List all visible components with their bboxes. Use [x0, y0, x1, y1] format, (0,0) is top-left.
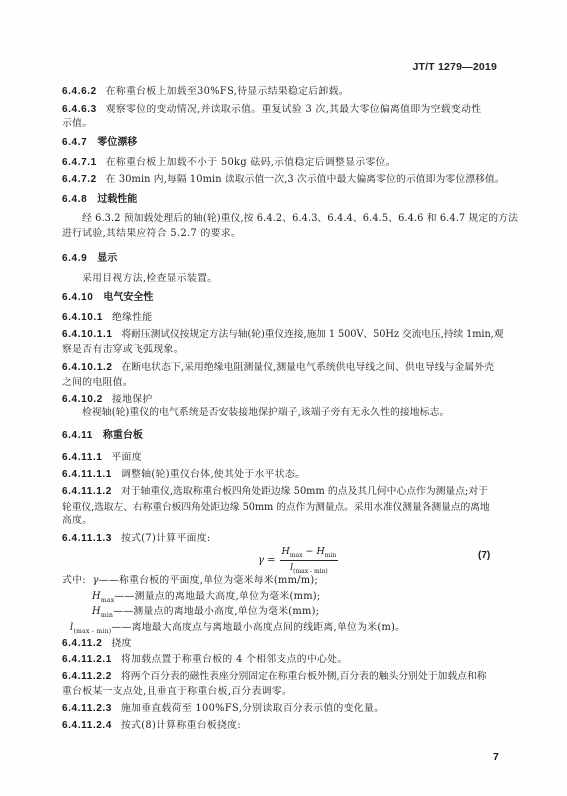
- section-title: 电气安全性: [103, 292, 153, 303]
- clause-6-4-11-2-1: 6.4.11.2.1将加载点置于称重台板的 4 个相邻支点的中心处。: [62, 653, 498, 667]
- section-6-4-9-heading: 6.4.9显示: [62, 252, 498, 266]
- clause-6-4-7-1: 6.4.7.1在称重台板上加载不小于 50kg 砝码,示值稳定后调整显示零位。: [62, 156, 498, 170]
- minus-sign: −: [303, 546, 317, 557]
- clause-number: 6.4.6.3: [62, 104, 97, 115]
- section-6-4-7-heading: 6.4.7零位漂移: [62, 136, 498, 150]
- clause-6-4-11-2-2: 6.4.11.2.2将两个百分表的磁性表座分别固定在称重台板外侧,百分表的触头分…: [62, 670, 498, 684]
- clause-number: 6.4.10.1.1: [62, 329, 112, 340]
- clause-number: 6.4.11.2.4: [62, 720, 112, 731]
- clause-6-4-7-2: 6.4.7.2在 30min 内,每隔 10min 读取示值一次,3 次示值中最…: [62, 173, 498, 187]
- clause-text: 示值。: [62, 118, 92, 129]
- paragraph-text: 经 6.3.2 预加载处理后的轴(轮)重仪,按 6.4.2、6.4.3、6.4.…: [82, 213, 518, 224]
- paragraph-6-4-8: 经 6.3.2 预加载处理后的轴(轮)重仪,按 6.4.2、6.4.3、6.4.…: [82, 212, 518, 226]
- clause-text-continuation: 察是否有击穿或飞弧现象。: [62, 343, 498, 357]
- symbol-description: 测量点的离地最小高度,单位为毫米(mm);: [133, 606, 319, 617]
- clause-6-4-10-2: 6.4.10.2接地保护: [62, 393, 498, 407]
- flatness-formula: γ = Hmax − Hmin l(max - min): [258, 546, 338, 575]
- formula-lhs: γ =: [258, 555, 276, 566]
- clause-text: 按式(8)计算称重台板挠度:: [121, 720, 241, 731]
- clause-6-4-11-2-3: 6.4.11.2.3施加垂直载荷至 100%FS,分别读取百分表示值的变化量。: [62, 702, 498, 716]
- subscript-min: min: [325, 552, 336, 559]
- standard-code-header: JT/T 1279—2019: [412, 61, 497, 73]
- symbol-description: 离地最大高度点与离地最小高度点间的线距离,单位为米(m)。: [132, 622, 406, 633]
- paragraph-continuation: 进行试验,其结果应符合 5.2.7 的要求。: [62, 227, 498, 241]
- where-item-gamma: 式中: γ——称重台板的平面度,单位为毫米每米(mm/m);: [62, 574, 318, 588]
- clause-text: 按式(7)计算平面度:: [121, 533, 211, 544]
- symbol-h: H: [317, 546, 325, 557]
- clause-text-continuation: 重台板某一支点处,且垂直于称重台板,百分表调零。: [62, 685, 498, 699]
- section-title: 称重台板: [103, 430, 143, 441]
- clause-6-4-11-1-3: 6.4.11.1.3按式(7)计算平面度:: [62, 532, 498, 546]
- document-page: JT/T 1279—2019 6.4.6.2在称重台板上加载至30%FS,待显示…: [0, 0, 567, 796]
- formula-numerator: Hmax − Hmin: [280, 546, 339, 561]
- clause-number: 6.4.11.2.1: [62, 654, 112, 665]
- dash: ——: [114, 591, 134, 602]
- clause-number: 6.4.10.1: [62, 312, 103, 323]
- clause-text: 察是否有击穿或飞弧现象。: [62, 344, 184, 355]
- section-number: 6.4.7: [62, 137, 87, 148]
- symbol-subscript: min: [101, 612, 113, 619]
- section-title: 零位漂移: [97, 137, 137, 148]
- symbol-h: H: [282, 546, 290, 557]
- clause-text: 观察零位的变动情况,并读取示值。重复试验 3 次,其最大零位偏离值即为空载变动性: [106, 104, 482, 115]
- clause-number: 6.4.7.2: [62, 174, 97, 185]
- clause-6-4-11-1: 6.4.11.1平面度: [62, 451, 498, 465]
- clause-text: 将两个百分表的磁性表座分别固定在称重台板外侧,百分表的触头分别处于加载点和称: [121, 671, 487, 682]
- section-number: 6.4.11: [62, 430, 93, 441]
- clause-text: 平面度: [111, 452, 141, 463]
- clause-text: 轮重仪,选取左、右称重台板四角处距边缘 50mm 的点作为测量点。采用水准仪测量…: [62, 502, 490, 513]
- dash: ——: [111, 622, 131, 633]
- section-number: 6.4.9: [62, 253, 87, 264]
- clause-number: 6.4.11.1.2: [62, 486, 112, 497]
- section-6-4-11-heading: 6.4.11称重台板: [62, 429, 498, 443]
- clause-6-4-6-3: 6.4.6.3观察零位的变动情况,并读取示值。重复试验 3 次,其最大零位偏离值…: [62, 103, 498, 117]
- clause-number: 6.4.11.1.3: [62, 533, 112, 544]
- paragraph-text: 进行试验,其结果应符合 5.2.7 的要求。: [62, 228, 241, 239]
- clause-6-4-11-2: 6.4.11.2挠度: [62, 637, 498, 651]
- clause-text: 在 30min 内,每隔 10min 读取示值一次,3 次示值中最大偏离零位的示…: [106, 174, 505, 185]
- clause-text-continuation: 高度。: [62, 514, 498, 528]
- equation-number: (7): [478, 550, 490, 561]
- clause-text: 在称重台板上加载不小于 50kg 砝码,示值稳定后调整显示零位。: [106, 157, 396, 168]
- dash: ——: [113, 606, 133, 617]
- clause-number: 6.4.11.1: [62, 452, 102, 463]
- clause-number: 6.4.11.2.3: [62, 703, 112, 714]
- clause-text: 挠度: [111, 638, 131, 649]
- section-number: 6.4.10: [62, 292, 93, 303]
- paragraph-text: 检视轴(轮)重仪的电气系统是否安装接地保护端子,该端子旁有无永久性的接地标志。: [82, 407, 449, 418]
- clause-6-4-10-1-1: 6.4.10.1.1将耐压测试仪按规定方法与轴(轮)重仪连接,施加 1 500V…: [62, 328, 498, 342]
- clause-text: 接地保护: [112, 394, 153, 405]
- paragraph-6-4-9: 采用目视方法,检查显示装置。: [82, 272, 518, 286]
- clause-text: 调整轴(轮)重仪台体,使其处于水平状态。: [121, 469, 305, 480]
- section-title: 显示: [97, 253, 117, 264]
- clause-text: 在称重台板上加载至30%FS,待显示结果稳定后卸载。: [106, 86, 349, 97]
- subscript-max: max: [290, 552, 303, 559]
- section-6-4-8-heading: 6.4.8过载性能: [62, 193, 498, 207]
- page-number: 7: [493, 751, 499, 763]
- clause-text: 高度。: [62, 515, 92, 526]
- symbol: H: [92, 590, 101, 604]
- symbol-description: 称重台板的平面度,单位为毫米每米(mm/m);: [119, 575, 318, 586]
- clause-6-4-10-1: 6.4.10.1绝缘性能: [62, 311, 498, 325]
- paragraph-text: 采用目视方法,检查显示装置。: [82, 273, 217, 284]
- clause-text-continuation: 示值。: [62, 117, 498, 131]
- section-6-4-10-heading: 6.4.10电气安全性: [62, 291, 498, 305]
- clause-number: 6.4.11.1.1: [62, 469, 112, 480]
- clause-text-continuation: 轮重仪,选取左、右称重台板四角处距边缘 50mm 的点作为测量点。采用水准仪测量…: [62, 501, 498, 515]
- clause-number: 6.4.10.1.2: [62, 362, 112, 373]
- symbol-subscript: max: [101, 597, 115, 604]
- symbol-subscript: (max - min): [73, 628, 111, 635]
- paragraph-6-4-10-2: 检视轴(轮)重仪的电气系统是否安装接地保护端子,该端子旁有无永久性的接地标志。: [82, 406, 518, 420]
- section-title: 过载性能: [97, 194, 137, 205]
- clause-number: 6.4.6.2: [62, 86, 97, 97]
- clause-number: 6.4.11.2: [62, 638, 102, 649]
- clause-number: 6.4.11.2.2: [62, 671, 112, 682]
- clause-text-continuation: 之间的电阻值。: [62, 376, 498, 390]
- clause-6-4-11-1-1: 6.4.11.1.1调整轴(轮)重仪台体,使其处于水平状态。: [62, 468, 498, 482]
- clause-text: 之间的电阻值。: [62, 377, 133, 388]
- clause-6-4-10-1-2: 6.4.10.1.2在断电状态下,采用绝缘电阻测量仪,测量电气系统供电导线之间、…: [62, 361, 498, 375]
- symbol-description: 测量点的离地最大高度,单位为毫米(mm);: [135, 591, 321, 602]
- clause-number: 6.4.10.2: [62, 394, 103, 405]
- clause-number: 6.4.7.1: [62, 157, 97, 168]
- formula-fraction: Hmax − Hmin l(max - min): [280, 546, 339, 575]
- clause-text: 施加垂直载荷至 100%FS,分别读取百分表示值的变化量。: [121, 703, 384, 714]
- clause-6-4-6-2: 6.4.6.2在称重台板上加载至30%FS,待显示结果稳定后卸载。: [62, 85, 498, 99]
- clause-text: 重台板某一支点处,且垂直于称重台板,百分表调零。: [62, 686, 292, 697]
- where-intro: 式中:: [62, 575, 86, 586]
- clause-text: 将加载点置于称重台板的 4 个相邻支点的中心处。: [121, 654, 348, 665]
- section-number: 6.4.8: [62, 194, 87, 205]
- clause-text: 将耐压测试仪按规定方法与轴(轮)重仪连接,施加 1 500V、50Hz 交流电压…: [121, 329, 503, 340]
- formula-denominator: l(max - min): [290, 561, 328, 575]
- clause-text: 对于轴重仪,选取称重台板四角处距边缘 50mm 的点及其几何中心点作为测量点;对…: [121, 486, 488, 497]
- dash: ——: [99, 575, 119, 586]
- symbol: H: [92, 605, 101, 619]
- clause-6-4-11-1-2: 6.4.11.1.2对于轴重仪,选取称重台板四角处距边缘 50mm 的点及其几何…: [62, 485, 498, 499]
- clause-text: 绝缘性能: [112, 312, 153, 323]
- clause-text: 在断电状态下,采用绝缘电阻测量仪,测量电气系统供电导线之间、供电导线与金属外壳: [121, 362, 494, 373]
- clause-6-4-11-2-4: 6.4.11.2.4按式(8)计算称重台板挠度:: [62, 719, 498, 733]
